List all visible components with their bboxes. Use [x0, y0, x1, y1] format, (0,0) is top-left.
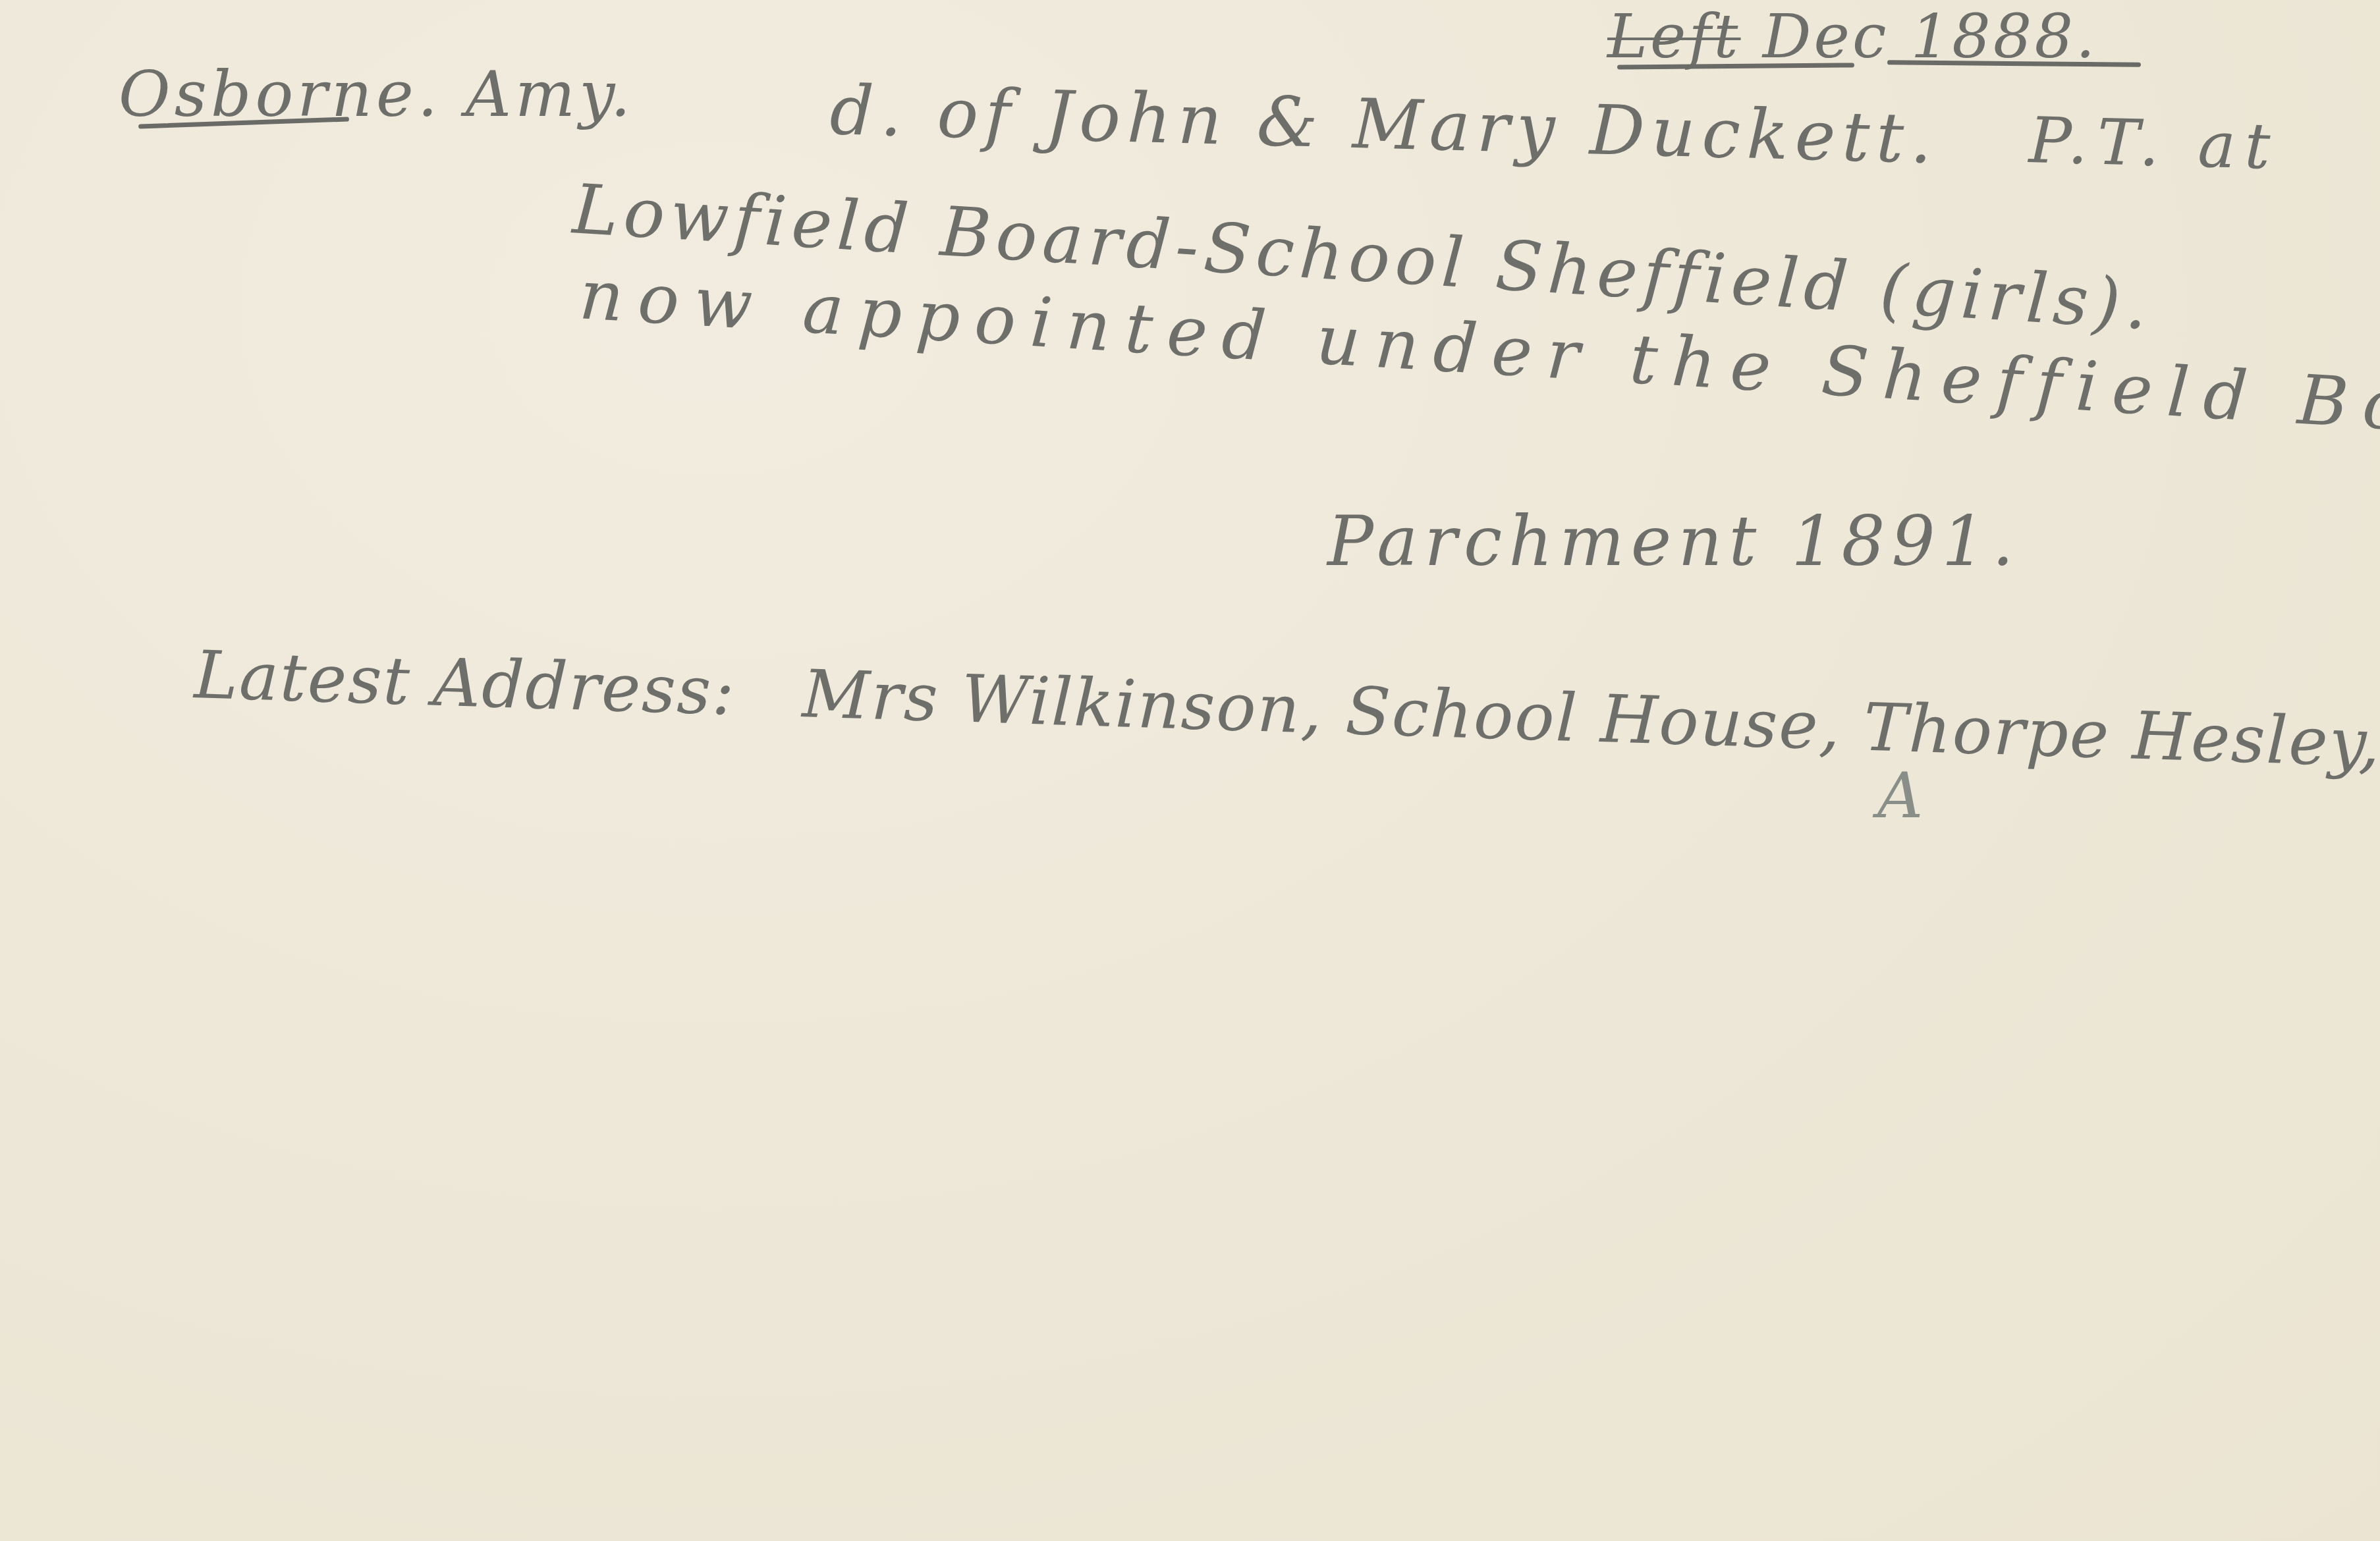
given-name: Amy — [466, 57, 611, 131]
entry-line-1: Osborne. Amy. — [119, 63, 707, 126]
parchment-line: Parchment 1891. — [1327, 507, 2020, 576]
line1-rest: P.T. at — [2028, 109, 2281, 178]
initial-mark: A — [1877, 764, 1925, 827]
parentage: d. of John & Mary Duckett. — [829, 76, 1940, 173]
latest-address-value: Mrs Wilkinson, School House, Thorpe Hesl… — [801, 655, 2380, 795]
latest-address-label: Latest Address: — [193, 636, 737, 730]
left-month: Dec — [1763, 1, 1889, 72]
left-date-header: Left Dec 1888. — [1607, 7, 2097, 67]
left-word: Left — [1607, 1, 1741, 72]
latest-address-line: Latest Address: Mrs Wilkinson, School Ho… — [193, 642, 2380, 790]
